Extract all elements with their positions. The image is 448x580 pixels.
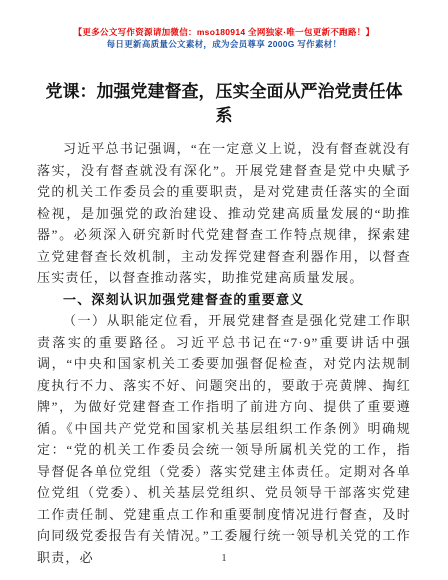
body-paragraph-2: （一）从职能定位看，开展党建督查是强化党建工作职责落实的重要路径。习近平总书记在… <box>37 310 411 568</box>
ad-banner-line2: 每日更新高质量公文素材，成为会员尊享 2000G 写作素材！ <box>0 38 448 50</box>
ad-banner-line1: 【更多公文写作资源请加微信：mso180914 全网独家·唯一包更新不跑路！】 <box>0 26 448 38</box>
document-body: 习近平总书记强调，“在一定意义上说，没有督查就没有落实，没有督查就没有深化”。开… <box>37 138 411 568</box>
ad-banner: 【更多公文写作资源请加微信：mso180914 全网独家·唯一包更新不跑路！】 … <box>0 0 448 50</box>
page-title: 党课：加强党建督查，压实全面从严治党责任体系 <box>38 80 410 128</box>
document-page: 【更多公文写作资源请加微信：mso180914 全网独家·唯一包更新不跑路！】 … <box>0 0 448 580</box>
page-number: 1 <box>0 553 448 564</box>
body-paragraph-1: 习近平总书记强调，“在一定意义上说，没有督查就没有落实，没有督查就没有深化”。开… <box>37 138 411 289</box>
section-heading-1: 一、深刻认识加强党建督查的重要意义 <box>37 289 411 311</box>
